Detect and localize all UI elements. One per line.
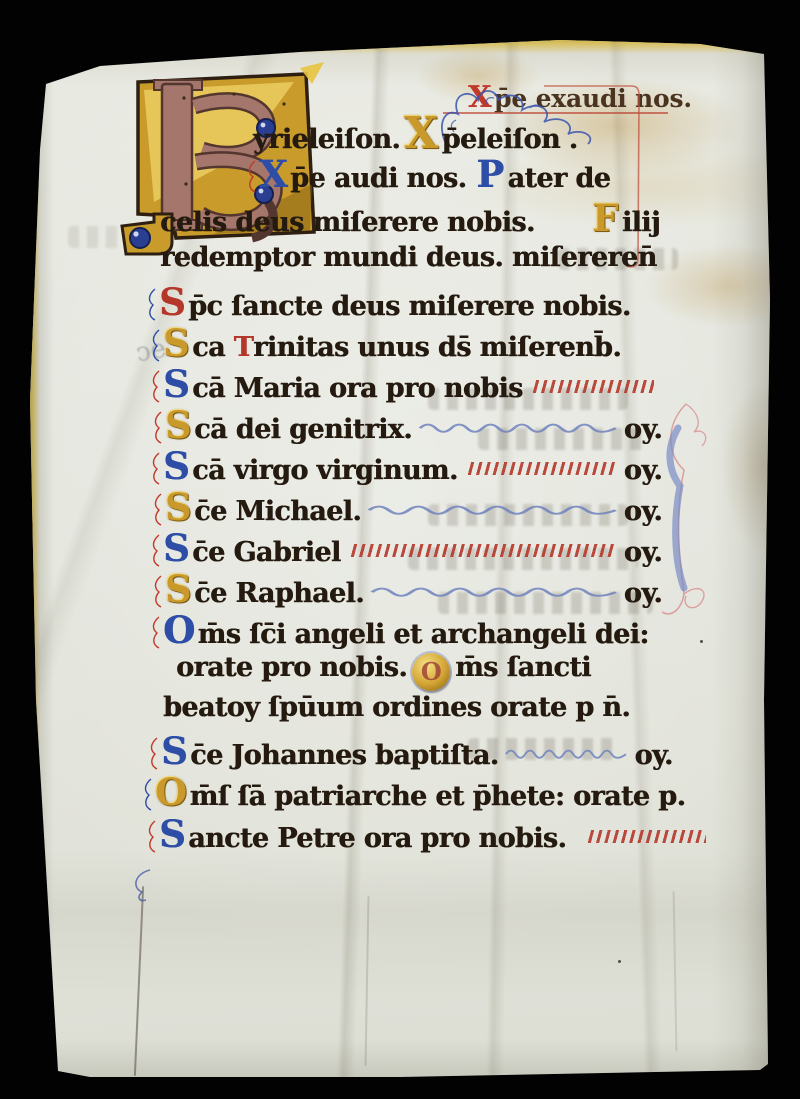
- line-text: m̄s ſc̄i angeli et archangeli dei:: [198, 619, 649, 650]
- gold-initial-O: O: [155, 774, 187, 811]
- line-text: ilij: [622, 207, 660, 238]
- blue-initial-S: S: [163, 448, 189, 485]
- line-text: m̄ſ ſā patriarche et p̄hete: orate p.: [190, 781, 686, 812]
- line-text: ater de: [508, 163, 611, 194]
- blue-squiggle-filler: [369, 503, 616, 515]
- litany-line-raphael: S c̄e Raphael. oy.: [152, 571, 662, 611]
- line-text: c̄e Johannes baptiſta.: [190, 740, 498, 771]
- red-penwork-flourish: [152, 574, 164, 608]
- blue-initial-O: O: [163, 612, 195, 649]
- line-text: beatoy ſpūum ordines orate p n̄.: [163, 692, 630, 723]
- litany-line-genitrix: S cā dei genitrix. oy.: [152, 407, 662, 447]
- blue-initial-S: S: [163, 530, 189, 567]
- red-penwork-flourish: [150, 451, 162, 485]
- line-text: c̄e Gabriel: [192, 537, 340, 568]
- gold-initial-X: X: [404, 112, 438, 156]
- red-penwork-flourish: [150, 369, 162, 403]
- red-letter-T: T: [234, 332, 254, 363]
- gold-initial-F: F: [592, 200, 618, 237]
- red-penwork-flourish: [150, 615, 162, 649]
- disc-letter: O: [421, 657, 441, 686]
- gold-initial-S: S: [165, 407, 191, 444]
- response-abbrev: oy.: [624, 455, 662, 486]
- red-penwork-flourish: [148, 736, 160, 770]
- litany-line-celis-deus: celis deus miſerere nobis. F ilij: [160, 200, 660, 240]
- litany-line-johannes: S c̄e Johannes baptiſta. oy.: [148, 733, 662, 773]
- red-penwork-flourish: [150, 533, 162, 567]
- line-text: celis deus miſerere nobis.: [160, 207, 535, 238]
- line-text: p̄c ſancte deus miſerere nobis.: [188, 291, 630, 322]
- line-text: yrieleiſon.: [253, 124, 400, 155]
- litany-line-xpe-audi-nos: X p̄e audi nos. P ater de: [246, 156, 666, 196]
- litany-line-kyrieleison: yrieleiſon. X p̄eleiſon .: [253, 112, 653, 152]
- blue-initial-S: S: [161, 733, 187, 770]
- line-text: cā dei genitrix.: [194, 414, 412, 445]
- litany-line-maria: S cā Maria ora pro nobis: [150, 366, 662, 406]
- litany-line-orate-pro-nobis: orate pro nobis. O m̄s ſancti: [176, 652, 662, 692]
- line-text: rinitas unus ds̄ miſerenb̄.: [253, 332, 621, 363]
- red-zigzag-filler: [466, 462, 616, 475]
- blue-initial-X: X: [259, 156, 287, 193]
- line-text: p̄eleiſon .: [442, 124, 578, 155]
- litany-line-virgo: S cā virgo virginum. oy.: [150, 448, 662, 488]
- line-text: orate pro nobis.: [176, 652, 407, 683]
- line-text: ca: [192, 332, 234, 363]
- red-zigzag-filler: [349, 544, 616, 557]
- litany-line-spiritus-sancte: S p̄c ſancte deus miſerere nobis.: [146, 284, 661, 324]
- red-penwork-flourish: [146, 819, 158, 853]
- crease-line: [673, 891, 678, 1051]
- blue-initial-S: S: [159, 816, 185, 853]
- blue-squiggle-filler: [420, 421, 616, 433]
- line-text: cā Maria ora pro nobis: [192, 373, 523, 404]
- line-text: ancte Petre ora pro nobis.: [188, 823, 566, 854]
- gilt-left-edge: [28, 96, 40, 856]
- gold-initial-S: S: [165, 489, 191, 526]
- litany-line-omnes-angeli: O m̄s ſc̄i angeli et archangeli dei:: [150, 612, 662, 652]
- litany-line-gabriel: S c̄e Gabriel oy.: [150, 530, 662, 570]
- red-zigzag-filler: [586, 830, 706, 843]
- litany-line-petre: S ancte Petre ora pro nobis.: [146, 816, 662, 856]
- line-text: c̄e Raphael.: [194, 578, 364, 609]
- litany-line-michael: S c̄e Michael. oy.: [152, 489, 662, 529]
- litany-line-trinitas: S ca T rinitas unus ds̄ miſerenb̄.: [150, 325, 662, 365]
- litany-line-beatorum: beatoy ſpūum ordines orate p n̄.: [163, 692, 663, 732]
- crease-line: [134, 886, 144, 1076]
- gilt-top-edge: [28, 36, 772, 56]
- response-abbrev: oy.: [624, 578, 662, 609]
- response-abbrev: oy.: [624, 414, 662, 445]
- crease-line: [365, 896, 370, 1066]
- blue-penwork-flourish: [146, 287, 158, 321]
- red-penwork-flourish: [152, 492, 164, 526]
- blue-initial-S: S: [163, 366, 189, 403]
- blue-penwork-flourish: [150, 328, 162, 362]
- blue-squiggle-filler: [506, 747, 626, 759]
- gold-disc-initial-O: O: [412, 653, 450, 691]
- response-abbrev: oy.: [634, 740, 672, 771]
- penwork-tail: [126, 868, 156, 904]
- photo-background: ↄe X p̄e exaudi nos.: [0, 0, 800, 1099]
- red-zigzag-filler: [531, 380, 654, 393]
- litany-line-redemptor: redemptor mundi deus. miſereren̄: [160, 242, 660, 282]
- ink-speck: [618, 960, 621, 963]
- gold-initial-S: S: [163, 325, 189, 362]
- red-initial-S: S: [159, 284, 185, 321]
- line-text: redemptor mundi deus. miſereren̄: [160, 242, 657, 273]
- response-abbrev: oy.: [624, 537, 662, 568]
- line-text: c̄e Michael.: [194, 496, 361, 527]
- blue-penwork-flourish: [142, 777, 154, 811]
- blue-squiggle-filler: [372, 585, 616, 597]
- response-abbrev: oy.: [624, 496, 662, 527]
- red-penwork-flourish: [152, 410, 164, 444]
- gold-initial-S: S: [165, 571, 191, 608]
- ink-speck: [700, 640, 703, 643]
- red-penwork-flourish: [246, 159, 258, 193]
- line-text: cā virgo virginum.: [192, 455, 458, 486]
- blue-initial-P: P: [476, 156, 503, 193]
- litany-line-patriarche: O m̄ſ ſā patriarche et p̄hete: orate p.: [142, 774, 662, 814]
- line-text: m̄s ſancti: [455, 652, 591, 683]
- line-text: p̄e audi nos.: [290, 163, 466, 194]
